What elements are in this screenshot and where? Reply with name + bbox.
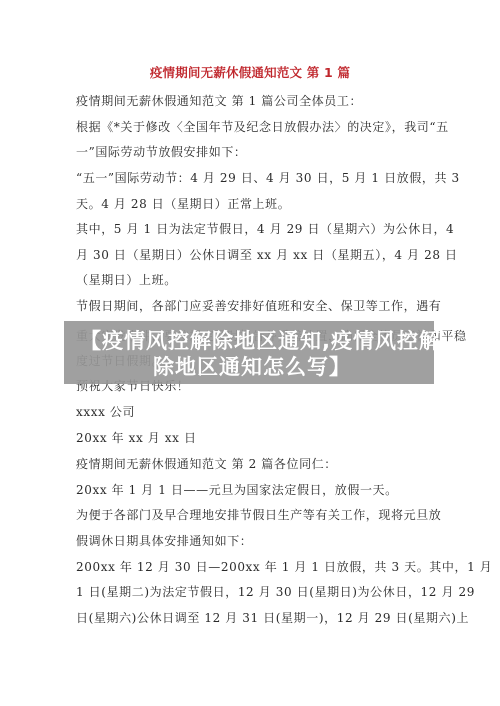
paragraph-line: 其中，5 月 1 日为法定节假日，4 月 29 日（星期六）为公休日，4 <box>76 221 436 237</box>
paragraph-line: 为便于各部门及早合理地安排节假日生产等有关工作，现将元旦放 <box>76 507 436 523</box>
paragraph-line: 根据《*关于修改〈全国年节及纪念日放假办法〉的决定》，我司“五 <box>76 119 436 135</box>
banner-line-2: 除地区通知怎么写】 <box>153 354 351 380</box>
document-title: 疫情期间无薪休假通知范文 第 1 篇 <box>0 64 500 82</box>
paragraph-line: “五一”国际劳动节：4 月 29 日、4 月 30 日，5 月 1 日放假，共 … <box>76 170 436 186</box>
paragraph-line: 天。4 月 28 日（星期日）正常上班。 <box>76 196 436 212</box>
paragraph-line: （星期日）上班。 <box>76 272 436 288</box>
paragraph-line: 20xx 年 1 月 1 日——元旦为国家法定假日，放假一天。 <box>76 482 436 498</box>
paragraph-line: 一”国际劳动节放假安排如下： <box>76 144 436 160</box>
paragraph-line: 1 日(星期二)为法定节假日，12 月 30 日(星期日)为公休日，12 月 2… <box>76 584 436 600</box>
paragraph-line: 日(星期六)公休日调至 12 月 31 日(星期一)，12 月 29 日(星期六… <box>76 610 436 626</box>
paragraph-line: 月 30 日（星期日）公休日调至 xx 月 xx 日（星期五），4 月 28 日 <box>76 247 436 263</box>
paragraph-line: 疫情期间无薪休假通知范文 第 1 篇公司全体员工： <box>76 93 436 109</box>
paragraph-line: xxxx 公司 <box>76 404 436 420</box>
paragraph-line: 假调休日期具体安排通知如下： <box>76 533 436 549</box>
paragraph-line: 20xx 年 xx 月 xx 日 <box>76 430 436 446</box>
banner-line-1: 【疫情风控解除地区通知,疫情风控解 <box>80 328 441 354</box>
paragraph-line: 200xx 年 12 月 30 日—200xx 年 1 月 1 日放假，共 3 … <box>76 559 436 575</box>
paragraph-line: 节假日期间，各部门应妥善安排好值班和安全、保卫等工作，遇有 <box>76 298 436 314</box>
paragraph-line: 疫情期间无薪休假通知范文 第 2 篇各位同仁： <box>76 456 436 472</box>
